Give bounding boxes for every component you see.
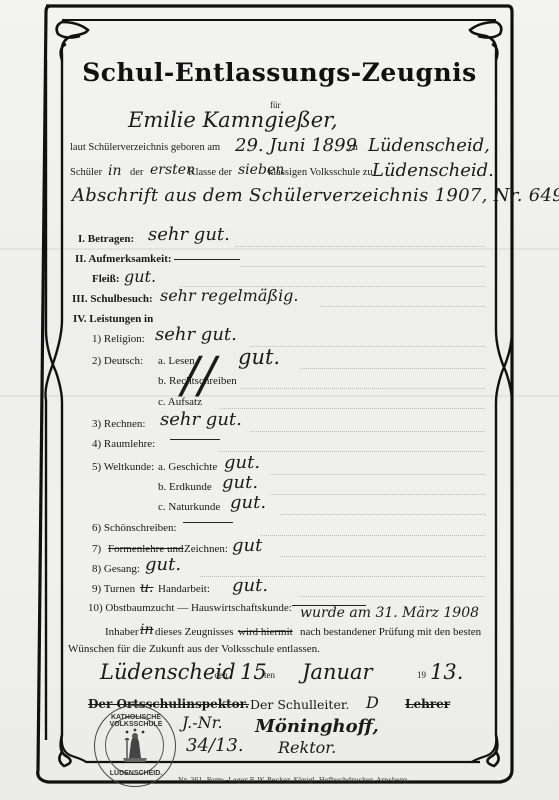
dotted-line [320,306,485,307]
handarbeit-label: Handarbeit: [158,583,210,595]
den-label: , den [210,670,228,680]
weltkunde-label: 5) Weltkunde: [92,461,154,473]
schulbesuch-label: III. Schulbesuch: [72,293,153,305]
student-name: Emilie Kamngießer, [128,108,338,132]
schoenschreiben-label: 6) Schönschreiben: [92,522,177,534]
school-place: Lüdenscheid. [372,160,494,181]
date-day: 15 [240,660,267,684]
journal-number-label: J.-Nr. [182,713,223,732]
stamp-bottom-text: LÜDENSCHEID. [95,770,177,777]
aufmerksamkeit-label: II. Aufmerksamkeit: [75,253,172,265]
rechnen-value: sehr gut. [160,409,242,430]
dotted-line [250,346,485,347]
closing-text-c: nach bestandener Prüfung mit den besten [300,626,481,638]
schueler-suffix: in [108,163,122,179]
deutsch-b-label: b. Rechtschreiben [158,375,237,387]
closing-line2: Wünschen für die Zukunft aus der Volkssc… [68,643,320,655]
fleiss-label: Fleiß: [92,273,120,285]
birth-place: Lüdenscheid, [368,135,490,156]
gesang-value: gut. [145,554,181,575]
betragen-value: sehr gut. [148,224,230,245]
turnen-label: 9) Turnen [92,583,135,595]
deutsch-c-label: c. Aufsatz [158,396,202,408]
closing-struck-text: wird hiermit [238,626,293,638]
school-stamp: KATHOLISCHE VOLKSSCHULE LÜDENSCHEID. [94,705,176,787]
raumlehre-label: 4) Raumlehre: [92,438,155,450]
lehrer-struck-label: Lehrer [405,697,450,711]
dotted-line [300,596,485,597]
dotted-line [250,431,485,432]
schoenschreiben-dash [183,522,233,523]
closing-text-a: Inhaber [105,626,139,638]
rechnen-label: 3) Rechnen: [92,418,145,430]
weltkunde-b-value: gut. [222,472,258,493]
inspector-struck-label: Der Ortsschulinspektor. [88,697,249,711]
weltkunde-c-value: gut. [230,492,266,513]
date-month: Januar [302,660,373,684]
deutsch-label: 2) Deutsch: [92,355,143,367]
dotted-line [270,474,485,475]
schulleiter-label: Der Schulleiter. [250,697,349,712]
dotted-line [280,514,485,515]
closing-struck-hand: in [140,622,154,638]
raumlehre-dash [170,439,220,440]
register-note: Abschrift aus dem Schülerverzeichnis 190… [72,185,559,206]
dotted-line [270,494,485,495]
zeichnen-value: gut [232,535,262,556]
stamp-top-text: KATHOLISCHE VOLKSSCHULE [95,714,177,728]
religion-label: 1) Religion: [92,333,145,345]
inserted-note: wurde am 31. März 1908 [300,605,479,621]
dotted-line [300,368,485,369]
printer-footer: Nr. 361. Form.-Lager F. W. Becker, König… [178,776,409,784]
document-title: Schul-Entlassungs-Zeugnis [0,58,559,87]
ten-label: ten [264,670,275,680]
lehrer-hand: D [366,693,379,712]
saint-figure-icon [121,728,149,764]
weltkunde-a-label: a. Geschichte [158,461,217,473]
date-year: 13. [430,660,463,684]
birth-date: 29. Juni 1899 [235,135,357,156]
weltkunde-b-label: b. Erdkunde [158,481,212,493]
signer-title: Rektor. [278,738,336,757]
betragen-label: I. Betragen: [78,233,134,245]
journal-number: 34/13. [186,735,244,756]
deutsch-value: gut. [238,345,280,369]
dotted-line [280,556,485,557]
born-label: laut Schülerverzeichnis geboren am [70,142,220,153]
school-label: klassigen Volksschule zu [268,167,373,178]
fleiss-value: gut. [124,267,156,286]
zeichnen-label: Zeichnen: [184,543,228,555]
dotted-line [240,266,485,267]
leistungen-label: IV. Leistungen in [73,313,153,325]
dotted-line [260,535,485,536]
zeichnen-num: 7) [92,543,101,555]
dotted-line [240,388,485,389]
dotted-line [220,408,485,409]
schulbesuch-value: sehr regelmäßig. [160,286,299,305]
weltkunde-a-value: gut. [224,452,260,473]
schueler-label: Schüler [70,167,102,178]
religion-value: sehr gut. [155,324,237,345]
turnen-value: gut. [232,575,268,596]
obstbau-label: 10) Obstbaumzucht — Hauswirtschaftskunde… [88,602,292,614]
born-zu-label: zu [348,142,358,153]
closing-text-b: dieses Zeugnisses [155,626,234,638]
gesang-label: 8) Gesang: [92,563,140,575]
year-prefix: 19 [417,670,426,680]
signer-name: Möninghoff, [255,716,379,737]
dotted-line [235,246,485,247]
aufmerksamkeit-dash [174,259,240,260]
der-label: der [130,167,143,178]
turnen-struck-text: u. [140,580,153,596]
klasse-label: Klasse der [188,167,232,178]
weltkunde-c-label: c. Naturkunde [158,501,220,513]
